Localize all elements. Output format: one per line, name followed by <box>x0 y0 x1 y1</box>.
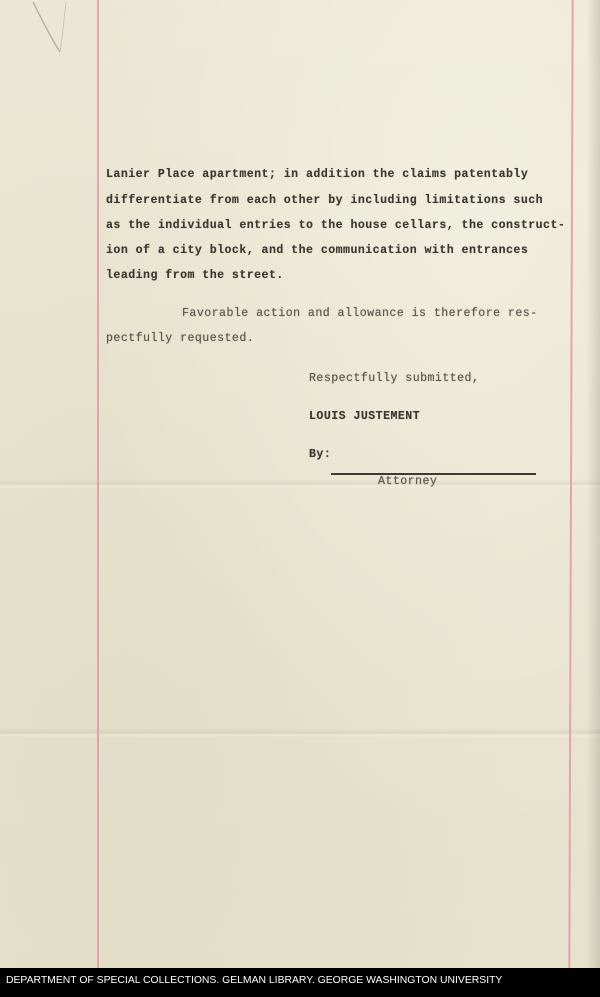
paragraph-line: as the individual entries to the house c… <box>106 219 565 233</box>
signatory-name: LOUIS JUSTEMENT <box>309 410 420 424</box>
document-page: Lanier Place apartment; in addition the … <box>0 0 600 968</box>
closing-text: Respectfully submitted, <box>309 372 479 386</box>
paragraph-line: differentiate from each other by includi… <box>106 194 543 208</box>
left-margin-line <box>97 0 99 968</box>
signature-caption: Attorney <box>378 475 437 489</box>
paper-fold-upper <box>0 479 600 489</box>
by-label: By: <box>309 448 331 462</box>
paragraph-line: Lanier Place apartment; in addition the … <box>106 168 528 182</box>
paper-edge-shadow <box>586 0 600 968</box>
paragraph-line: leading from the street. <box>106 269 284 283</box>
paper-fold-lower <box>0 728 600 738</box>
paragraph-line: pectfully requested. <box>106 332 254 346</box>
paragraph-line: Favorable action and allowance is theref… <box>182 307 538 321</box>
footer-bar: DEPARTMENT OF SPECIAL COLLECTIONS. GELMA… <box>0 968 600 997</box>
collection-credit: DEPARTMENT OF SPECIAL COLLECTIONS. GELMA… <box>6 975 502 986</box>
pen-mark-icon <box>30 0 70 55</box>
paragraph-line: ion of a city block, and the communicati… <box>106 244 528 258</box>
